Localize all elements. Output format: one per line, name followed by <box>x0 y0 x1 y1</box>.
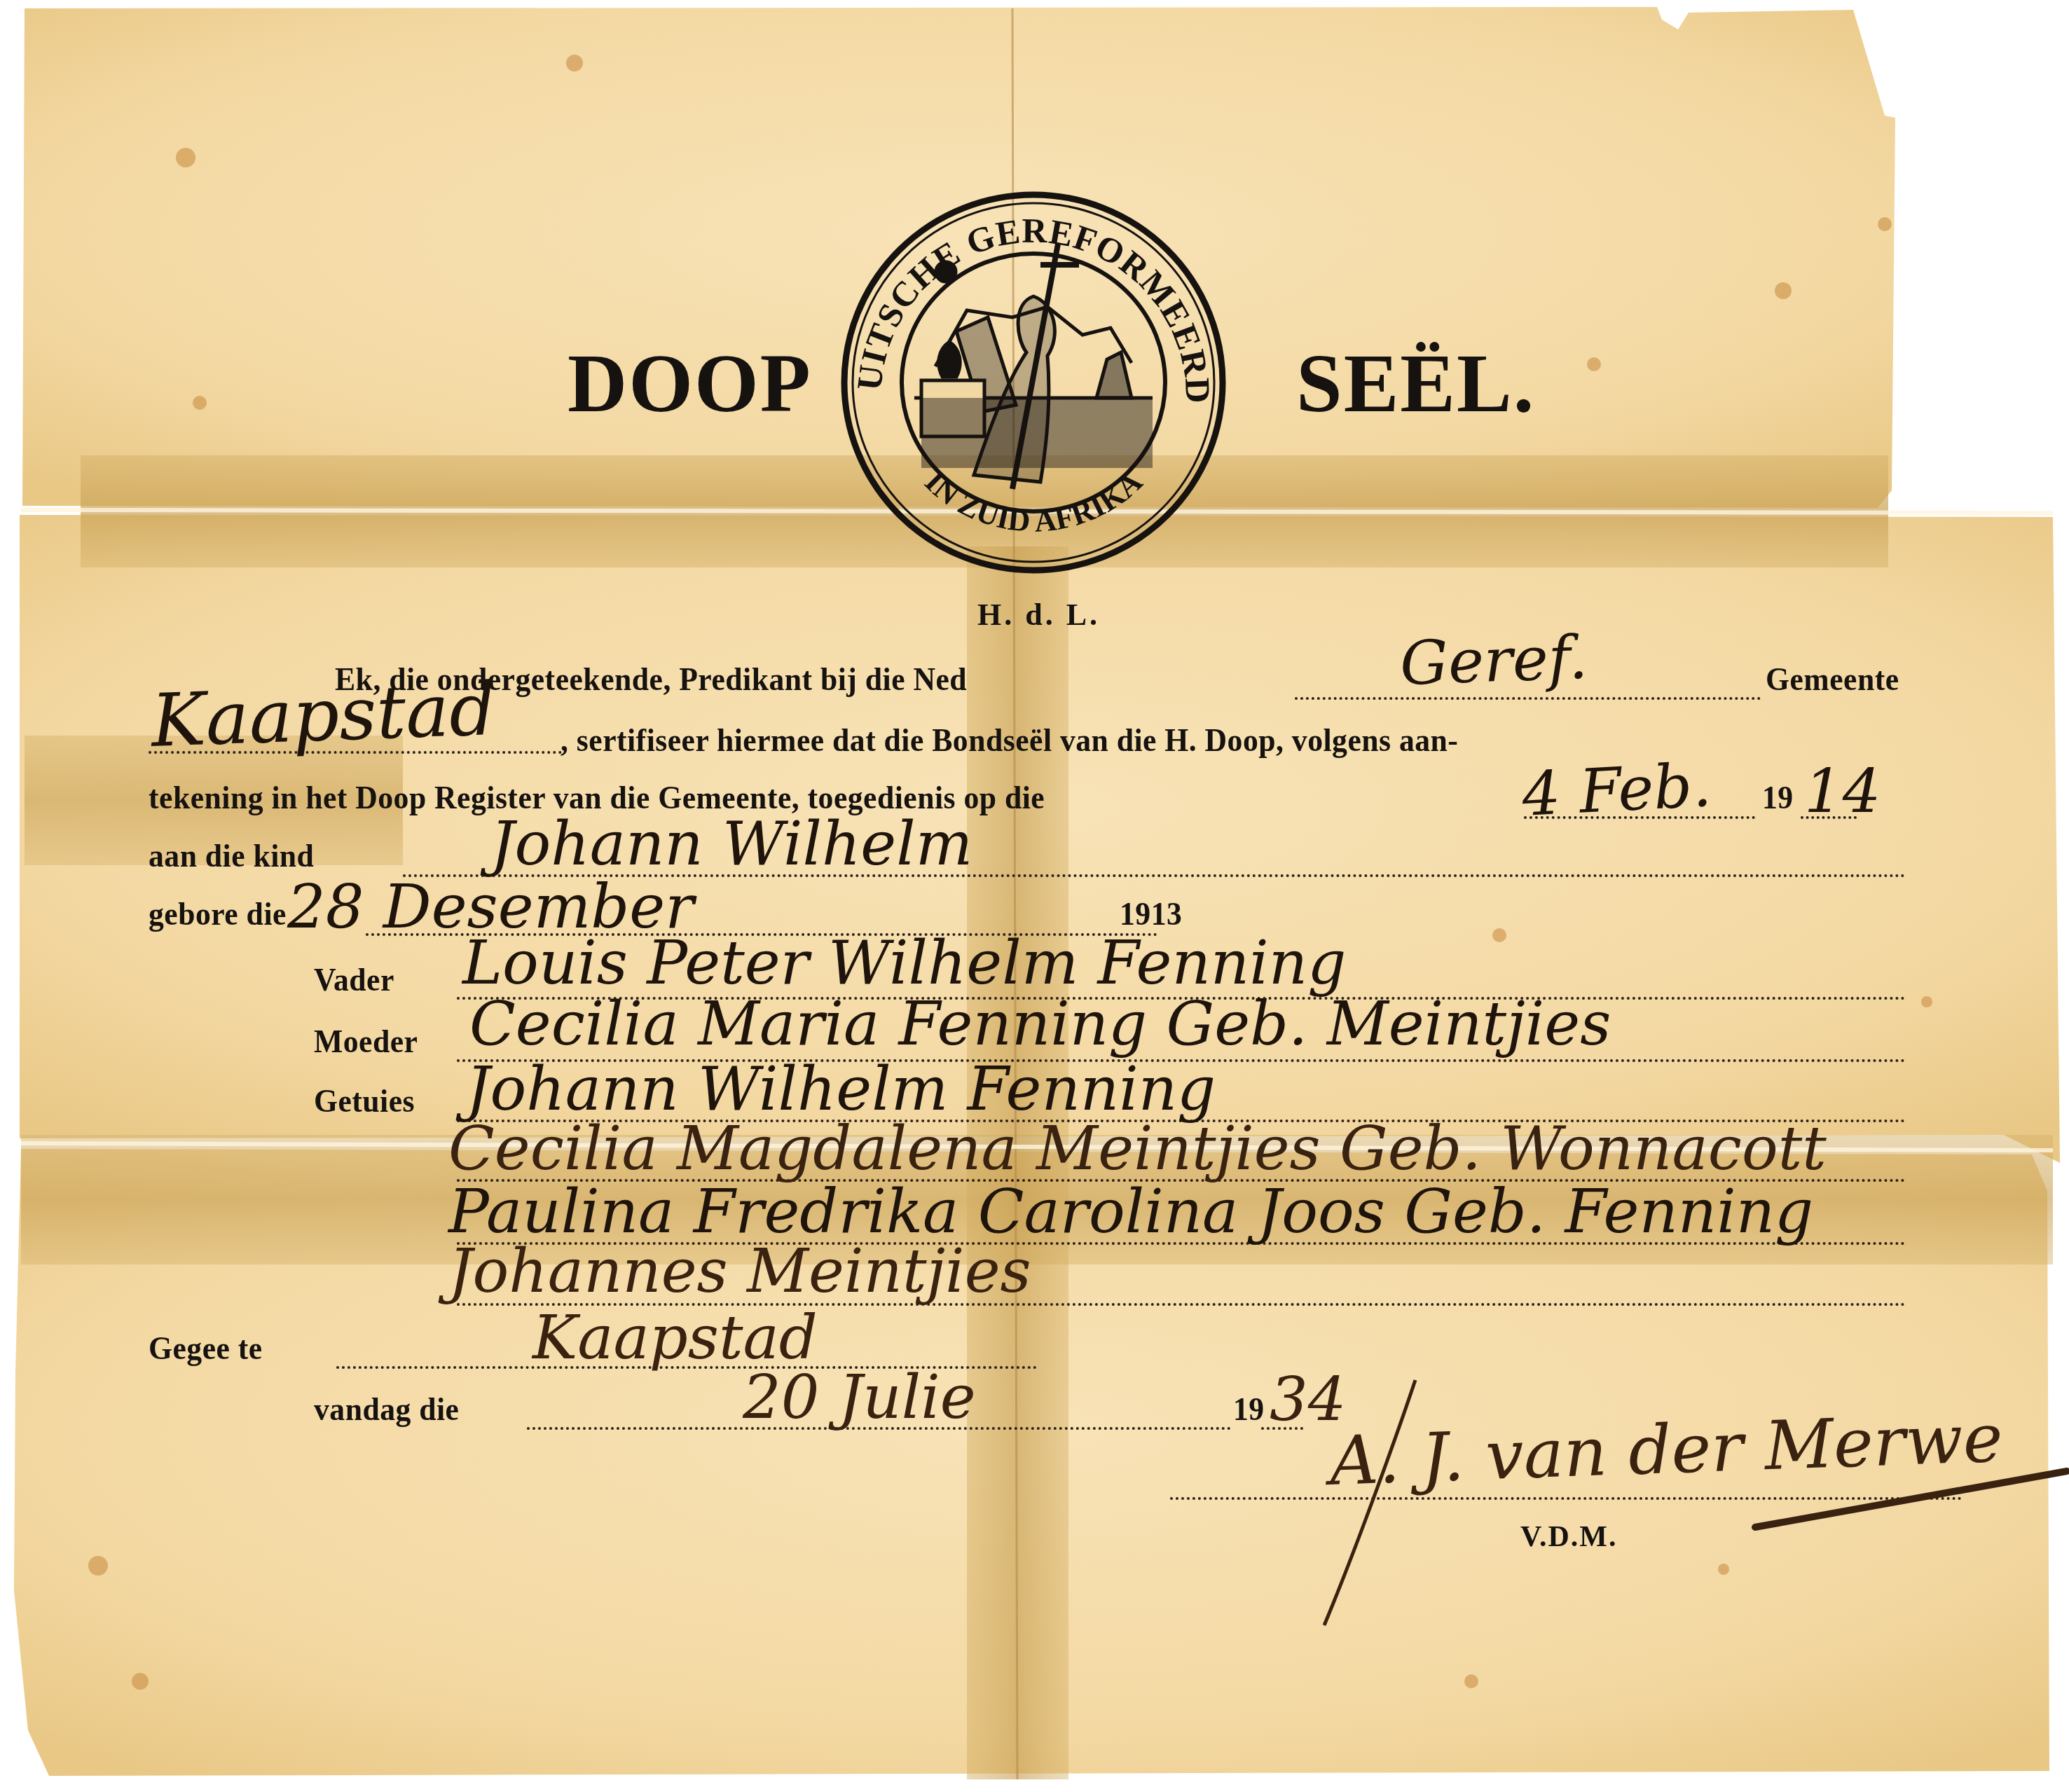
mother-label: Moeder <box>314 1023 418 1061</box>
given-at-label: Gegee te <box>149 1330 263 1367</box>
born-year: 1913 <box>1120 895 1182 933</box>
title-left: DOOP <box>568 336 812 432</box>
church-seal-icon: NEDERDUITSCHE GEREFORMEERDE KERK IN ZUID… <box>837 188 1230 577</box>
witness-2: Cecilia Magdalena Meintjies Geb. Wonnaco… <box>448 1114 1827 1184</box>
motto: H. d. L. <box>977 597 1100 633</box>
date-given-label: vandag die <box>314 1391 459 1428</box>
title-right: SEËL. <box>1296 336 1535 432</box>
mother-value: Cecilia Maria Fenning Geb. Meintjies <box>469 989 1611 1059</box>
baptism-date-value: 4 Feb. <box>1520 750 1713 830</box>
baptism-year-handwritten: 14 <box>1804 757 1881 827</box>
denomination-value: Geref. <box>1399 623 1589 699</box>
child-value: Johann Wilhelm <box>490 809 972 879</box>
witness-4: Johannes Meintjies <box>448 1236 1031 1307</box>
father-label: Vader <box>314 961 394 999</box>
child-label: aan die kind <box>149 837 314 875</box>
signature-flourish <box>1191 1366 2069 1632</box>
congregation-value: Kaapstad <box>150 666 497 764</box>
witnesses-label: Getuies <box>314 1082 415 1120</box>
denomination-field[interactable] <box>1295 697 1761 700</box>
baptism-year-printed: 19 <box>1762 779 1794 817</box>
father-value: Louis Peter Wilhelm Fenning <box>462 928 1346 998</box>
line2-text: , sertifiseer hiermee dat die Bondseël v… <box>561 722 1458 759</box>
signature-title: V.D.M. <box>1520 1520 1617 1554</box>
born-label: gebore die <box>149 895 287 933</box>
line1-suffix: Gemeente <box>1766 661 1899 698</box>
date-given-value: 20 Julie <box>743 1363 976 1433</box>
